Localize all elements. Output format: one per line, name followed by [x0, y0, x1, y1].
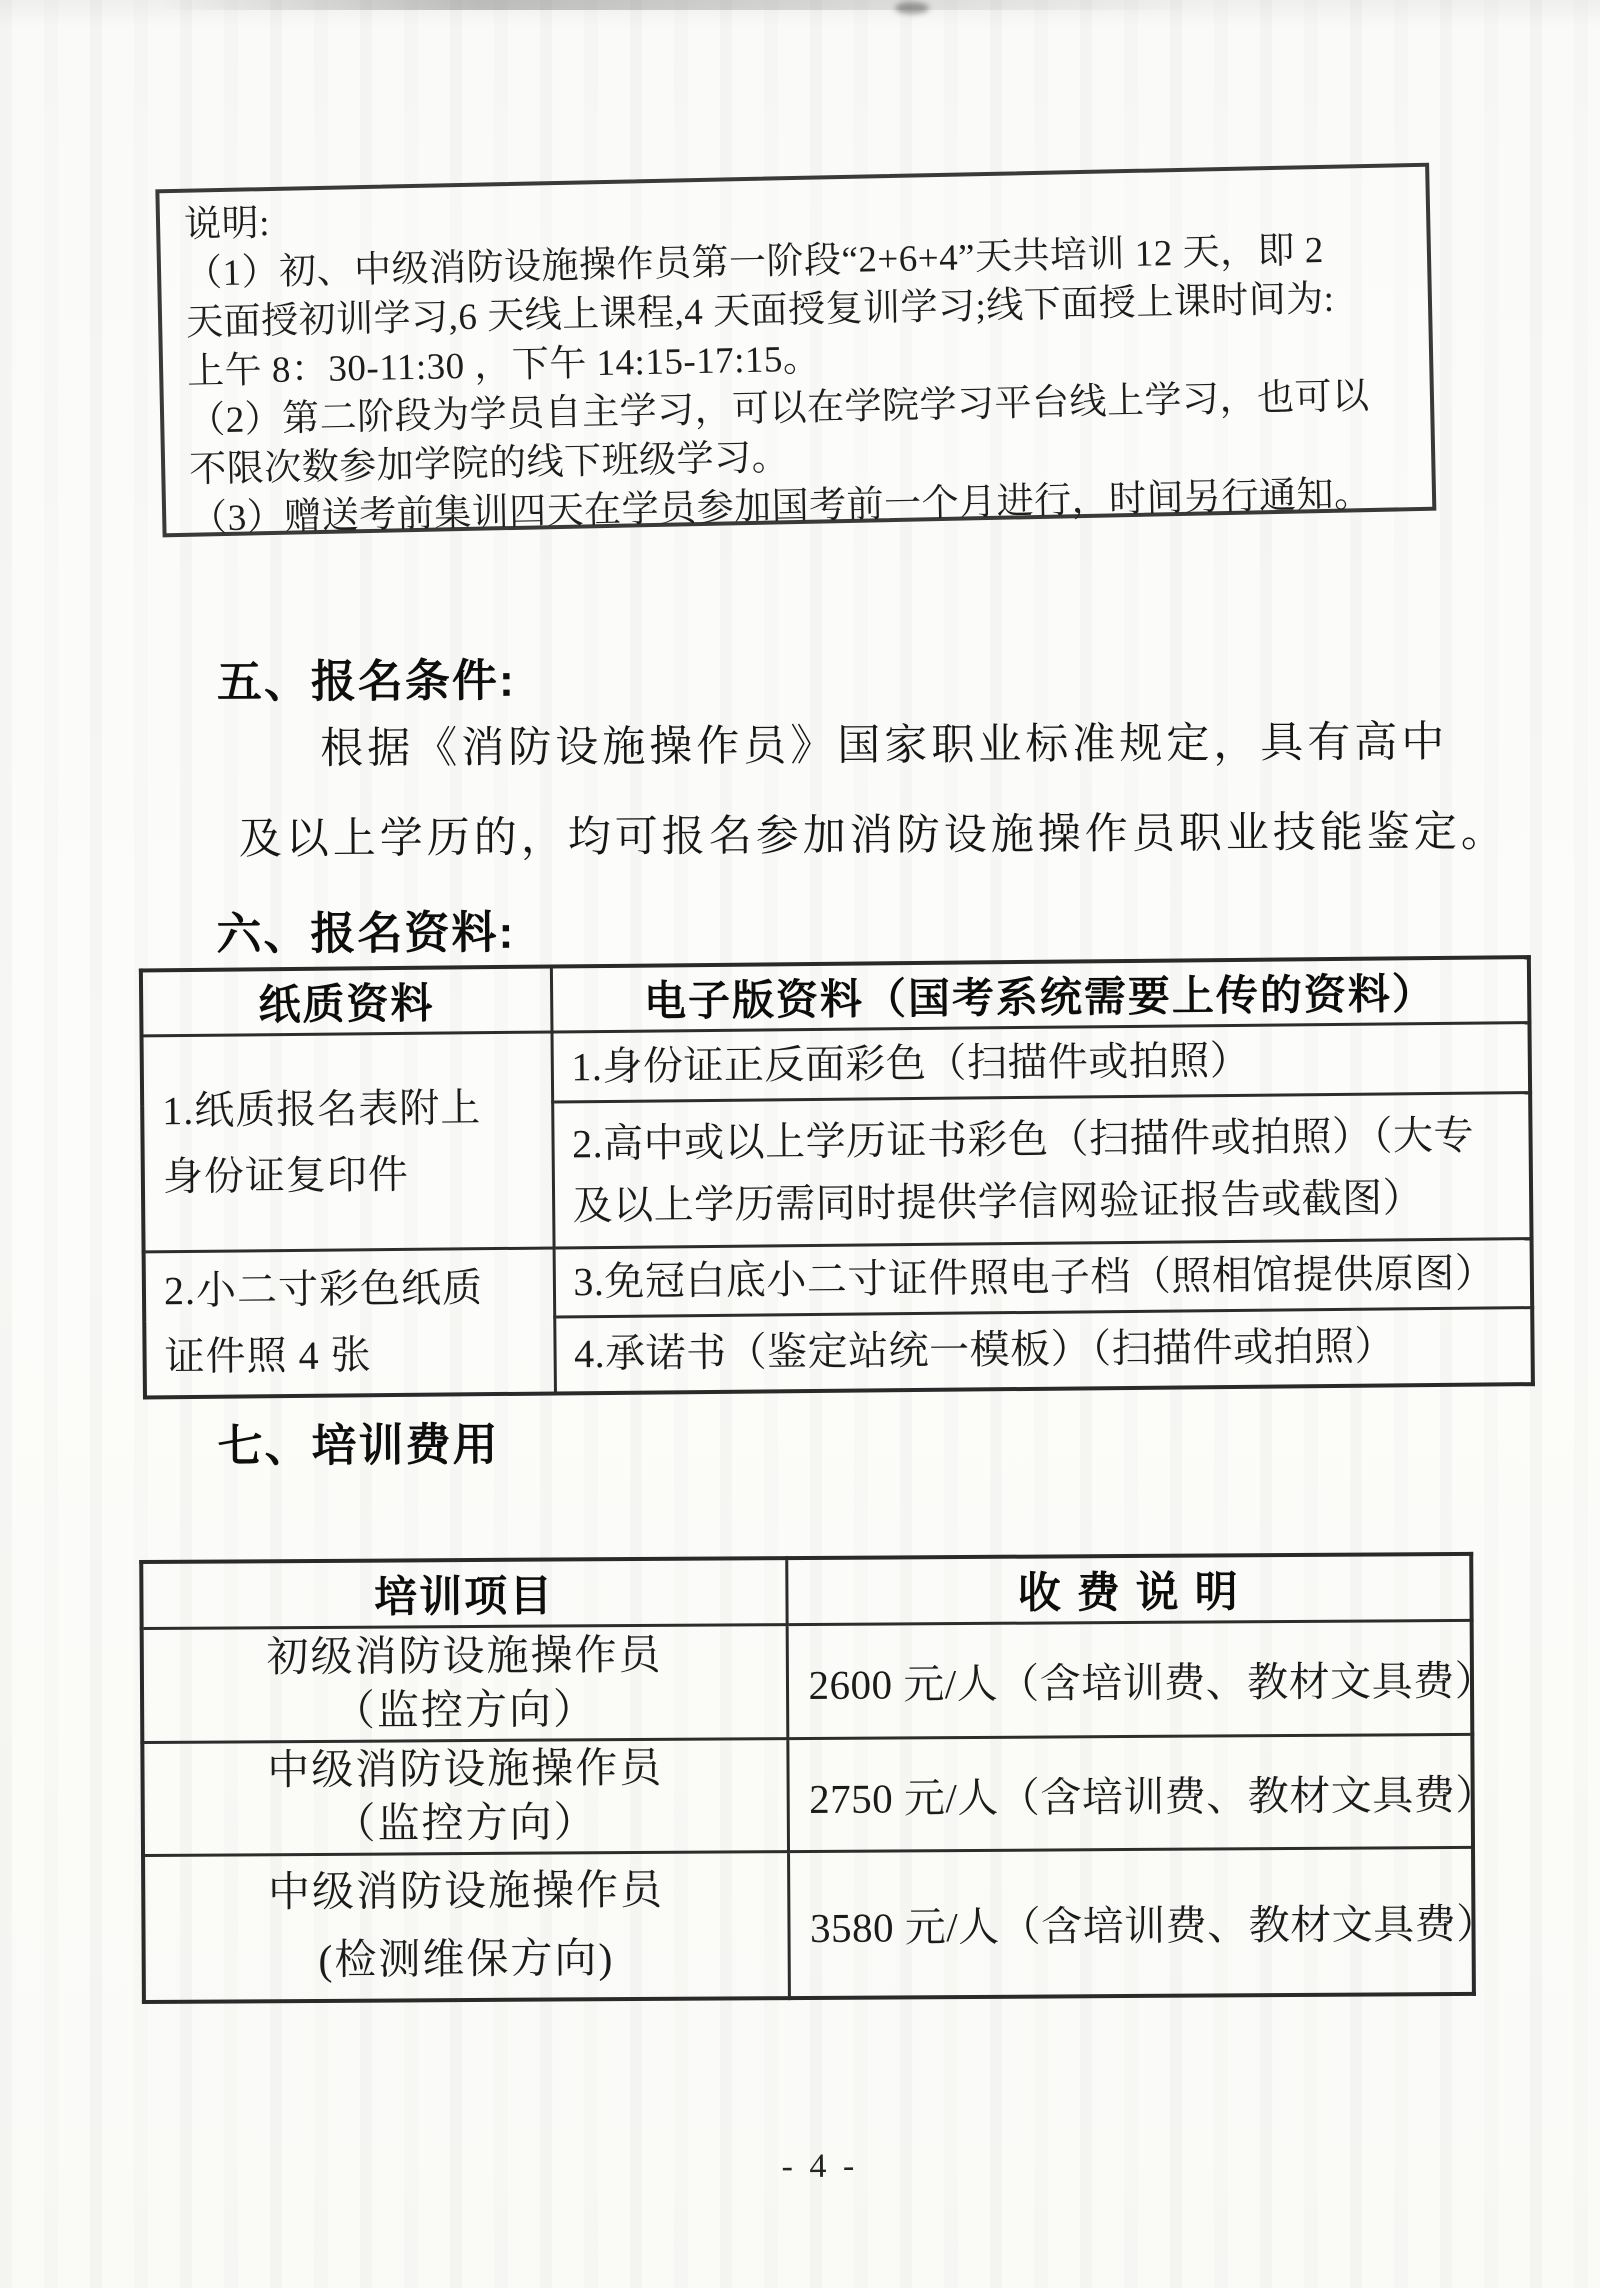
scanned-document-page: 说明: （1）初、中级消防设施操作员第一阶段“2+6+4”天共培训 12 天，即… [0, 0, 1600, 2288]
paper-item-2-line-2: 证件照 4 张 [164, 1320, 552, 1390]
electronic-item-3-line-1: 3.免冠白底小二寸证件照电子档（照相馆提供原图） [573, 1242, 1529, 1313]
paper-item-1-line-1: 1.纸质报名表附上 [162, 1074, 550, 1144]
paper-item-2-cell: 2.小二寸彩色纸质 证件照 4 张 [144, 1248, 555, 1397]
fee-row-3-project-cell: 中级消防设施操作员 (检测维保方向) [143, 1852, 789, 2002]
electronic-item-1-line-1: 1.身份证正反面彩色（扫描件或拍照） [571, 1027, 1527, 1098]
electronic-item-3-cell: 3.免冠白底小二寸证件照电子档（照相馆提供原图） [554, 1239, 1533, 1317]
table-row: 1.纸质报名表附上 身份证复印件 1.身份证正反面彩色（扫描件或拍照） [142, 1023, 1531, 1106]
fee-row-1-project-line-1: 初级消防设施操作员 [145, 1628, 785, 1686]
fee-row-1-project-cell: 初级消防设施操作员 （监控方向） [142, 1625, 788, 1743]
fee-row-3-project-line-2: (检测维保方向) [146, 1924, 786, 1996]
table-row: 初级消防设施操作员 （监控方向） 2600 元/人（含培训费、教材文具费） [142, 1620, 1473, 1742]
registration-materials-table: 纸质资料 电子版资料（国考系统需要上传的资料） 1.纸质报名表附上 身份证复印件… [139, 955, 1535, 1399]
electronic-item-4-line-1: 4.承诺书（鉴定站统一模板）（扫描件或拍照） [574, 1314, 1530, 1385]
fee-row-1-fee-cell: 2600 元/人（含培训费、教材文具费） [787, 1620, 1473, 1738]
fee-row-2-fee-cell: 2750 元/人（含培训费、教材文具费） [787, 1734, 1473, 1851]
table-row: 中级消防设施操作员 （监控方向） 2750 元/人（含培训费、教材文具费） [142, 1734, 1473, 1855]
table-row: 中级消防设施操作员 (检测维保方向) 3580 元/人（含培训费、教材文具费） [143, 1847, 1474, 2001]
fee-description-header-cell: 收 费 说 明 [786, 1554, 1471, 1625]
section-5-heading: 五、报名条件: [217, 644, 516, 711]
fee-row-1-project-line-2: （监控方向） [145, 1682, 785, 1740]
electronic-item-2-cell: 2.高中或以上学历证书彩色（扫描件或拍照）（大专 及以上学历需同时提供学信网验证… [552, 1093, 1531, 1248]
document-sheet: 说明: （1）初、中级消防设施操作员第一阶段“2+6+4”天共培训 12 天，即… [0, 0, 1600, 2288]
fee-row-3-fee-cell: 3580 元/人（含培训费、教材文具费） [788, 1847, 1474, 1997]
paper-item-2-line-1: 2.小二寸彩色纸质 [164, 1254, 552, 1324]
fee-row-2-project-cell: 中级消防设施操作员 （监控方向） [142, 1739, 788, 1856]
training-fee-table: 培训项目 收 费 说 明 初级消防设施操作员 （监控方向） 2600 元/人（含… [139, 1552, 1476, 2004]
electronic-item-4-cell: 4.承诺书（鉴定站统一模板）（扫描件或拍照） [554, 1308, 1533, 1393]
notice-box: 说明: （1）初、中级消防设施操作员第一阶段“2+6+4”天共培训 12 天，即… [155, 163, 1436, 538]
section-6-heading: 六、报名资料: [216, 896, 515, 963]
section-7-heading: 七、培训费用 [217, 1408, 499, 1475]
electronic-item-2-line-1: 2.高中或以上学历证书彩色（扫描件或拍照）（大专 [572, 1104, 1528, 1175]
electronic-item-2-line-2: 及以上学历需同时提供学信网验证报告或截图） [572, 1166, 1528, 1237]
paper-item-1-line-2: 身份证复印件 [163, 1140, 551, 1210]
fee-row-2-project-line-1: 中级消防设施操作员 [145, 1741, 785, 1799]
electronic-item-1-cell: 1.身份证正反面彩色（扫描件或拍照） [551, 1023, 1530, 1102]
fee-row-3-project-line-1: 中级消防设施操作员 [146, 1856, 786, 1928]
fee-header-row: 培训项目 收 费 说 明 [141, 1554, 1471, 1629]
electronic-materials-header-cell: 电子版资料（国考系统需要上传的资料） [551, 957, 1530, 1032]
table-row: 2.小二寸彩色纸质 证件照 4 张 3.免冠白底小二寸证件照电子档（照相馆提供原… [144, 1239, 1533, 1321]
fee-row-2-project-line-2: （监控方向） [146, 1795, 786, 1853]
paper-materials-header-cell: 纸质资料 [141, 967, 552, 1036]
section-5-body-line-2: 及以上学历的，均可报名参加消防设施操作员职业技能鉴定。 [239, 798, 1508, 867]
section-5-body-line-1: 根据《消防设施操作员》国家职业标准规定，具有高中 [320, 708, 1448, 776]
training-project-header-cell: 培训项目 [141, 1558, 786, 1628]
page-number: - 4 - [7, 2143, 1600, 2191]
paper-item-1-cell: 1.纸质报名表附上 身份证复印件 [142, 1032, 554, 1252]
